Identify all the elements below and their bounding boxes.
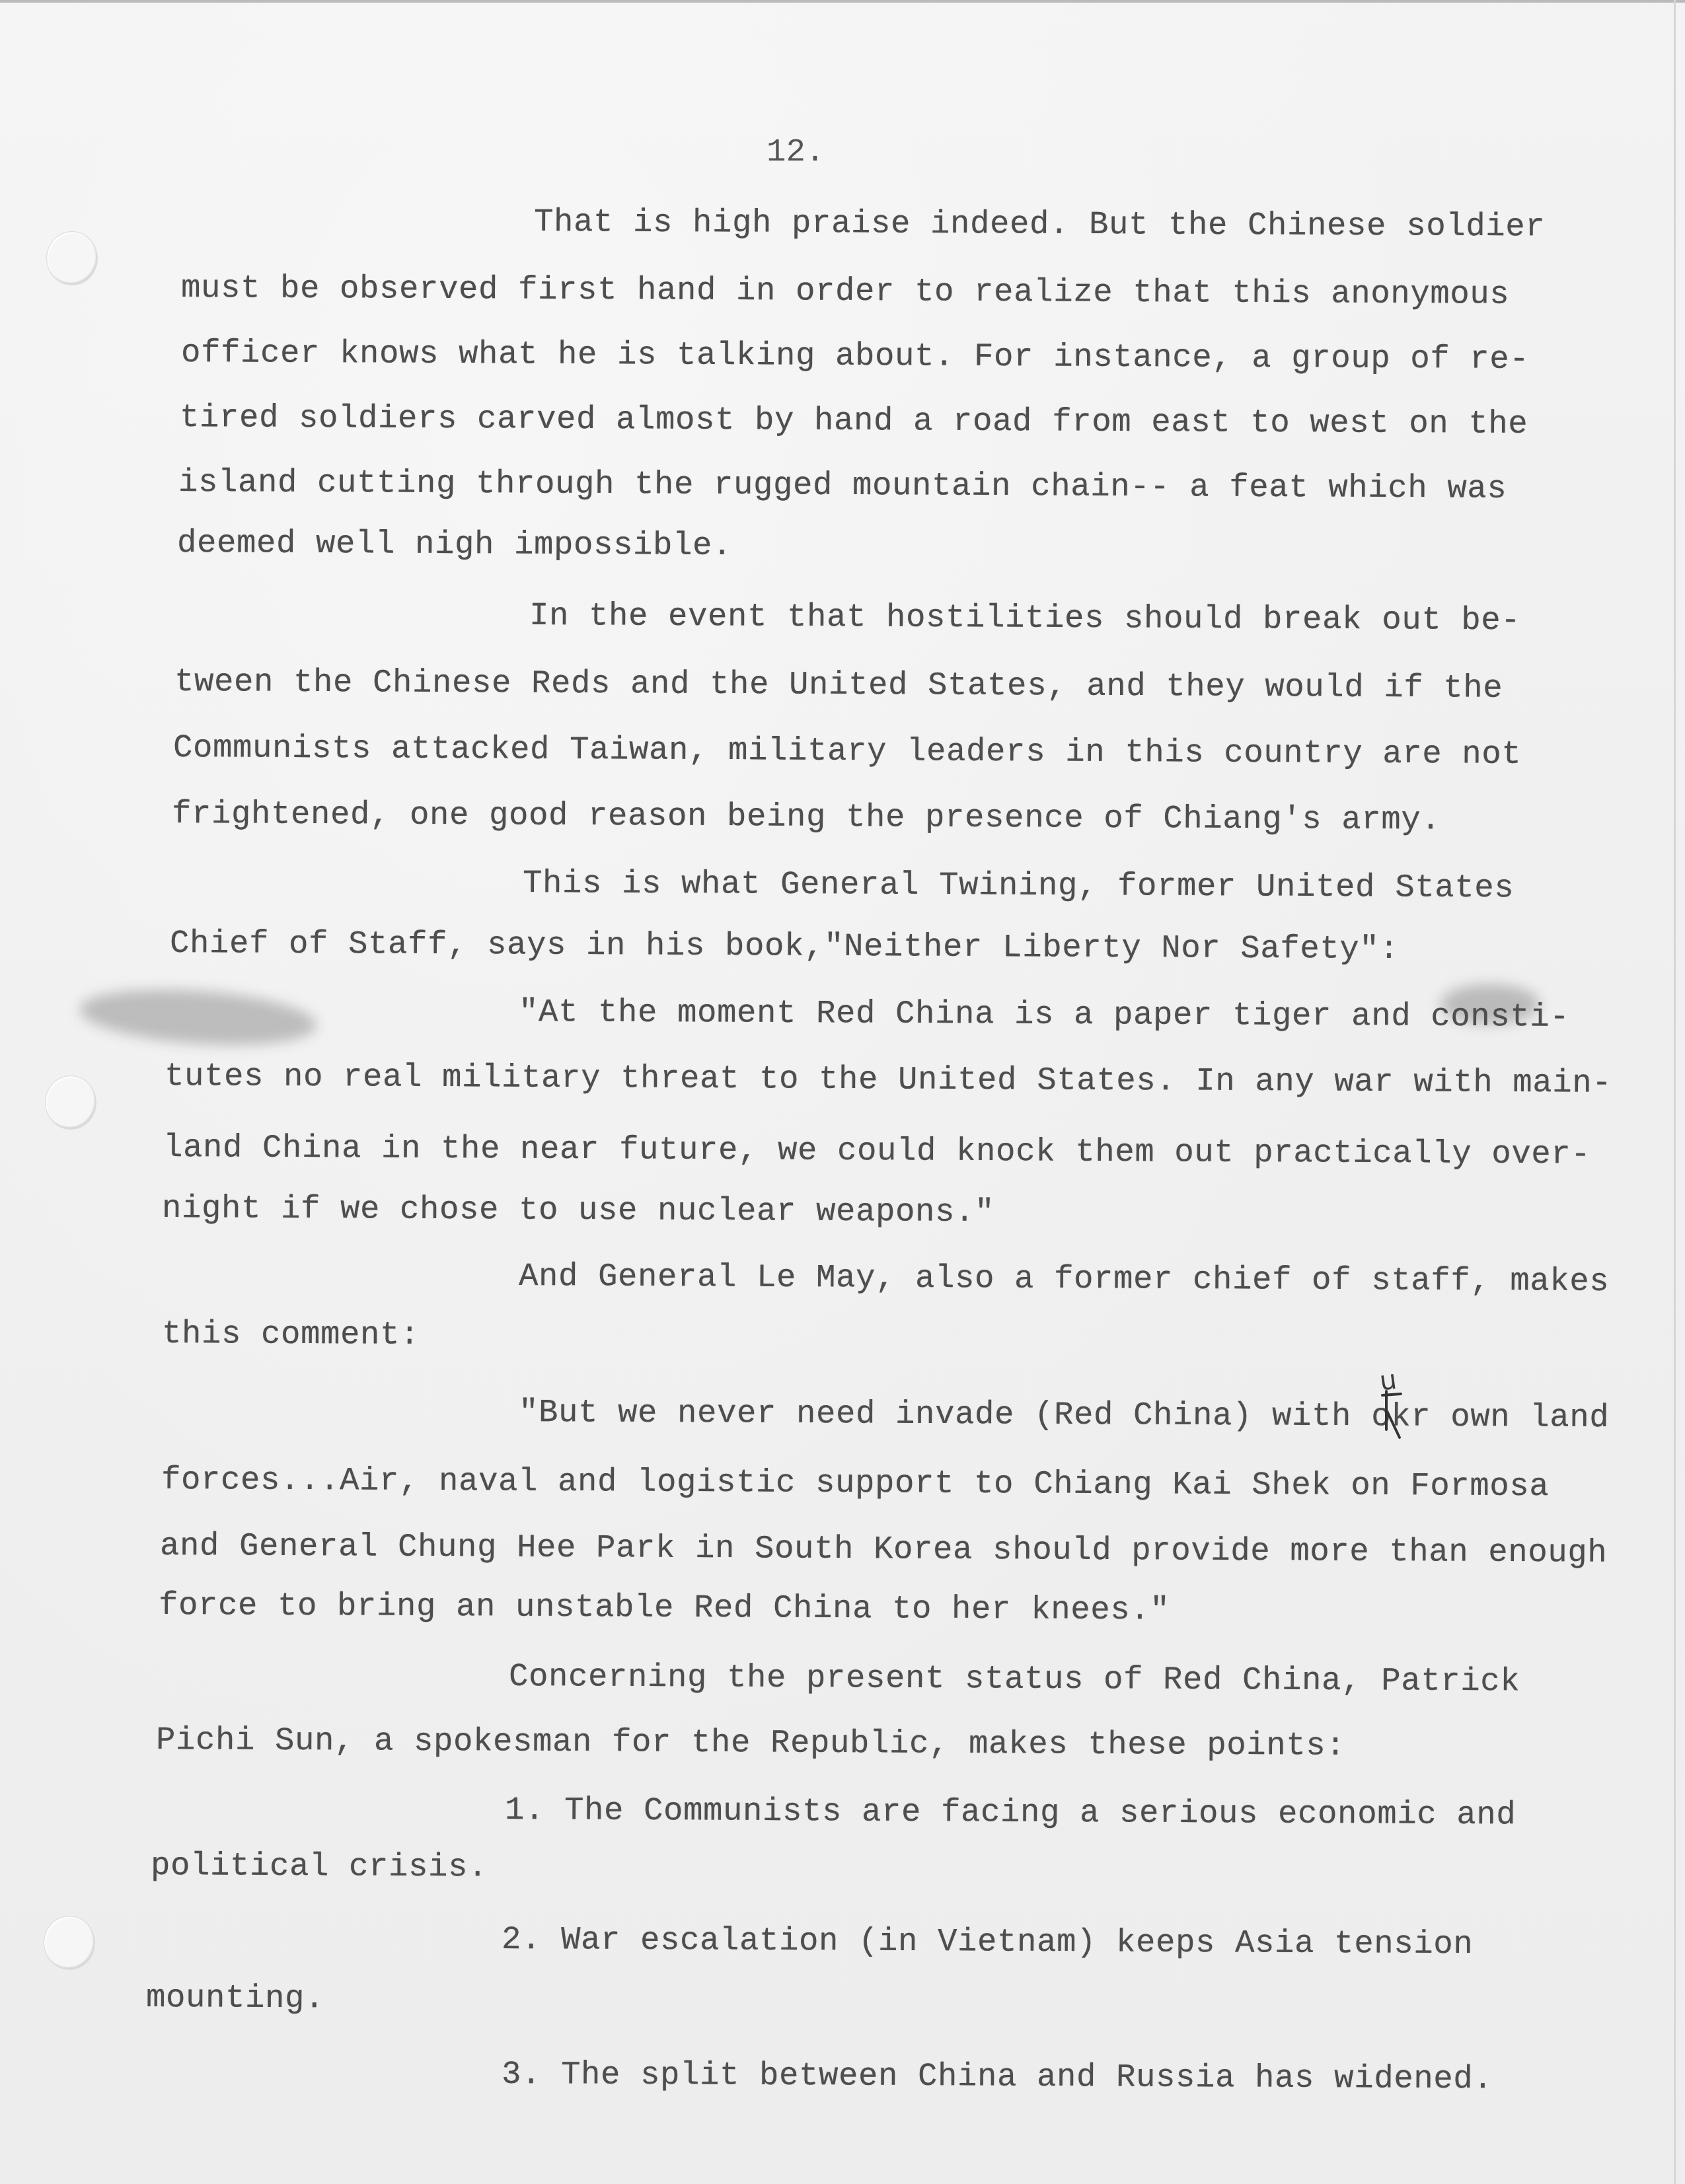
- punch-hole-bottom: [44, 1916, 95, 1970]
- text-line: This is what General Twining, former Uni…: [523, 867, 1514, 904]
- text-line: Chief of Staff, says in his book,"Neithe…: [170, 928, 1400, 966]
- text-line: island cutting through the rugged mounta…: [178, 466, 1507, 505]
- page-number: 12.: [767, 136, 825, 168]
- text-line: "At the moment Red China is a paper tige…: [519, 996, 1569, 1034]
- text-line: 2. War escalation (in Vietnam) keeps Asi…: [502, 1924, 1473, 1961]
- text-line: frightened, one good reason being the pr…: [172, 798, 1441, 836]
- text-line: and General Chung Hee Park in South Kore…: [160, 1530, 1608, 1570]
- text-line: this comment:: [162, 1318, 420, 1352]
- text-line: Pichi Sun, a spokesman for the Republic,…: [156, 1724, 1346, 1763]
- text-line: night if we chose to use nuclear weapons…: [162, 1192, 994, 1229]
- text-line: force to bring an unstable Red China to …: [159, 1589, 1170, 1626]
- text-line: And General Le May, also a former chief …: [519, 1260, 1609, 1298]
- page-right-edge: [1674, 0, 1676, 2184]
- strike-mark-icon: [1377, 1387, 1404, 1440]
- ink-smudge-left: [78, 983, 319, 1052]
- text-line: Concerning the present status of Red Chi…: [509, 1661, 1520, 1698]
- text-line: must be observed first hand in order to …: [181, 272, 1510, 311]
- page-top-edge: [0, 0, 1685, 3]
- text-line: tween the Chinese Reds and the United St…: [174, 666, 1503, 705]
- text-line: "But we never need invade (Red China) wi…: [519, 1397, 1609, 1434]
- text-line: 3. The split between China and Russia ha…: [502, 2058, 1493, 2095]
- text-line: mounting.: [146, 1982, 324, 2015]
- text-line: deemed well nigh impossible.: [177, 527, 732, 562]
- text-line: That is high praise indeed. But the Chin…: [534, 206, 1545, 243]
- text-line: Communists attacked Taiwan, military lea…: [173, 732, 1522, 771]
- text-line: 1. The Communists are facing a serious e…: [505, 1794, 1516, 1831]
- text-line: officer knows what he is talking about. …: [181, 337, 1530, 376]
- text-line: forces...Air, naval and logistic support…: [161, 1464, 1550, 1503]
- text-line: tutes no real military threat to the Uni…: [165, 1060, 1612, 1100]
- typewritten-page: 12. That is high praise indeed. But the …: [0, 0, 1685, 2184]
- text-line: In the event that hostilities should bre…: [529, 600, 1520, 637]
- text-line: tired soldiers carved almost by hand a r…: [180, 402, 1528, 441]
- punch-hole-middle: [45, 1075, 96, 1130]
- punch-hole-top: [46, 231, 98, 285]
- text-line: land China in the near future, we could …: [163, 1132, 1591, 1171]
- text-line: political crisis.: [151, 1850, 488, 1883]
